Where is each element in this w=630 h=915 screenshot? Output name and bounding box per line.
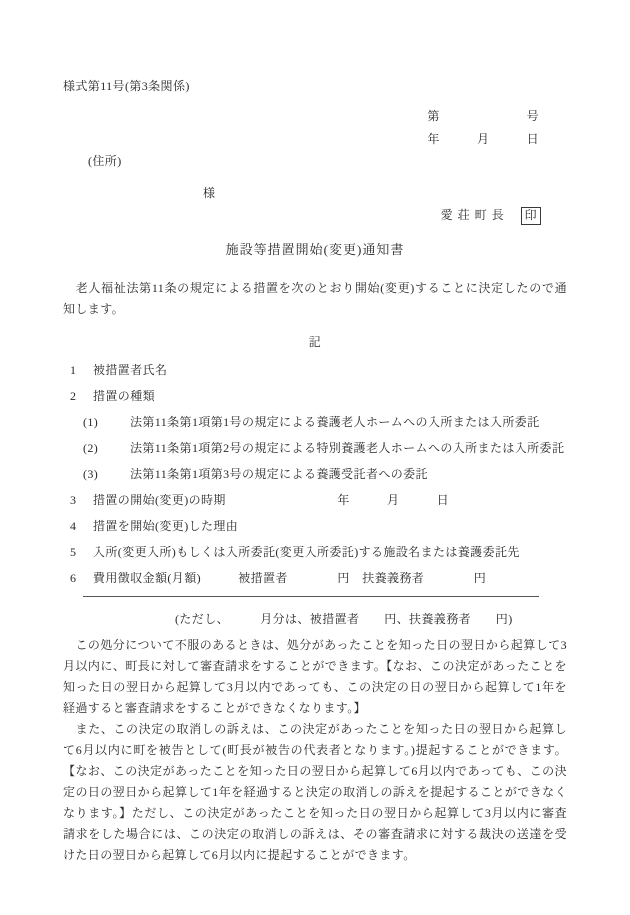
sender-line: 愛 荘 町 長印 (63, 207, 567, 225)
item-number: 1 (63, 362, 93, 379)
fee-proviso: (ただし、 月分は、被措置者 円、扶養義務者 円) (63, 611, 567, 628)
fee-underline (83, 596, 539, 597)
list-item: 3 措置の開始(変更)の時期 年 月 日 (63, 492, 567, 509)
list-item: 1 被措置者氏名 (63, 362, 567, 379)
list-subitem: (3) 法第11条第1項第3号の規定による養護受託者への委託 (63, 466, 567, 483)
list-subitem: (2) 法第11条第1項第2号の規定による特別養護老人ホームへの入所または入所委… (63, 440, 567, 457)
item-text: 措置を開始(変更)した理由 (93, 518, 567, 535)
appeal-paragraph-2: また、この決定の取消しの訴えは、この決定があったことを知った日の翌日から起算して… (63, 719, 567, 866)
item-text: 被措置者氏名 (93, 362, 567, 379)
item-number: 5 (63, 544, 93, 561)
item-number: (3) (63, 466, 130, 483)
document-content: 様式第11号(第3条関係) 第 号 年 月 日 (住所) 様 愛 荘 町 長印 … (0, 0, 630, 866)
list-item: 2 措置の種類 (63, 388, 567, 405)
item-list: 1 被措置者氏名 2 措置の種類 (1) 法第11条第1項第1号の規定による養護… (63, 362, 567, 587)
item-text: 法第11条第1項第2号の規定による特別養護老人ホームへの入所または入所委託 (130, 440, 567, 457)
list-item: 6 費用徴収金額(月額) 被措置者 円 扶養義務者 円 (63, 570, 567, 587)
item-number: (1) (63, 414, 130, 431)
item-number: 6 (63, 570, 93, 587)
list-subitem: (1) 法第11条第1項第1号の規定による養護老人ホームへの入所または入所委託 (63, 414, 567, 431)
item-number: 3 (63, 492, 93, 509)
item-number: (2) (63, 440, 130, 457)
item-text: 措置の種類 (93, 388, 567, 405)
seal-box: 印 (521, 207, 541, 225)
list-item: 5 入所(変更入所)もしくは入所委託(変更入所委託)する施設名または養護委託先 (63, 544, 567, 561)
document-number-line: 第 号 (63, 105, 539, 128)
intro-paragraph: 老人福祉法第11条の規定による措置を次のとおり開始(変更)することに決定したので… (63, 278, 567, 320)
page-title: 施設等措置開始(変更)通知書 (63, 240, 567, 259)
appeal-notice: この処分について不服のあるときは、処分があったことを知った日の翌日から起算して3… (63, 635, 567, 866)
header-right-block: 第 号 年 月 日 (63, 105, 567, 151)
item-number: 4 (63, 518, 93, 535)
document-page: 様式第11号(第3条関係) 第 号 年 月 日 (住所) 様 愛 荘 町 長印 … (0, 0, 630, 915)
list-item: 4 措置を開始(変更)した理由 (63, 518, 567, 535)
item-text: 法第11条第1項第3号の規定による養護受託者への委託 (130, 466, 567, 483)
item-text: 措置の開始(変更)の時期 年 月 日 (93, 492, 567, 509)
date-line: 年 月 日 (63, 128, 539, 151)
item-text: 入所(変更入所)もしくは入所委託(変更入所委託)する施設名または養護委託先 (93, 544, 567, 561)
item-text: 費用徴収金額(月額) 被措置者 円 扶養義務者 円 (93, 570, 567, 587)
form-number: 様式第11号(第3条関係) (63, 78, 567, 95)
record-marker: 記 (63, 334, 567, 351)
item-text: 法第11条第1項第1号の規定による養護老人ホームへの入所または入所委託 (130, 414, 567, 431)
appeal-paragraph-1: この処分について不服のあるときは、処分があったことを知った日の翌日から起算して3… (63, 635, 567, 719)
addressee-honorific: 様 (63, 185, 567, 202)
address-label: (住所) (63, 153, 567, 170)
item-number: 2 (63, 388, 93, 405)
sender-name: 愛 荘 町 長 (441, 208, 505, 222)
